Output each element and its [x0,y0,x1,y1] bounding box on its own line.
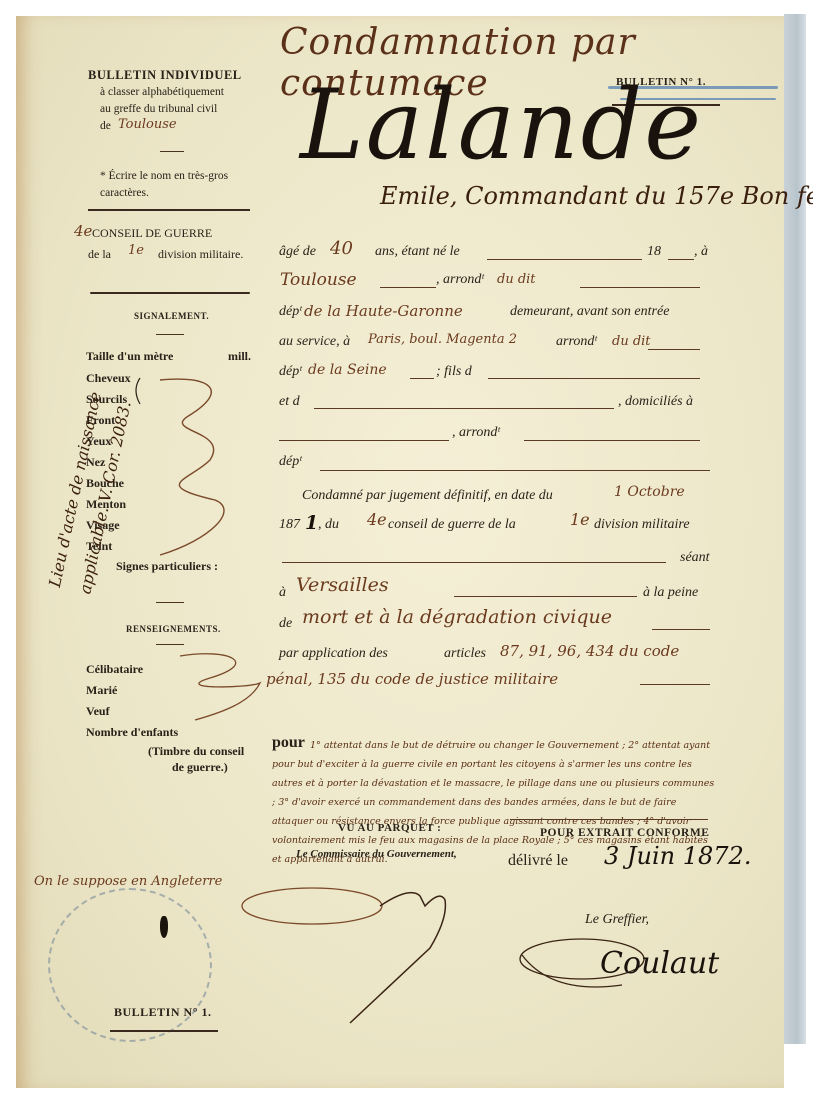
left-conseil-label: CONSEIL DE GUERRE [92,226,212,241]
ink-blot [160,916,168,938]
penalty-value: mort et à la dégradation civique [302,606,612,628]
judgment-year-prefix: 187 [279,517,300,533]
tribunal-city: Toulouse [118,117,177,132]
commissaire-signature [240,878,460,1028]
status-veuf: Veuf [86,701,178,722]
left-division-label: division militaire. [158,247,243,262]
signalement-heading: SIGNALEMENT. [134,311,209,321]
status-marie: Marié [86,680,178,701]
divider [90,292,250,294]
demeurant-label: demeurant, avant son entrée [510,304,669,320]
service-value: Paris, boul. Magenta 2 [368,332,517,347]
greffier-label: Le Greffier, [585,912,649,928]
dep2-value: de la Seine [308,362,387,378]
civil-status-list: Célibataire Marié Veuf Nombre d'enfants [86,659,178,743]
domicilies-label: , domiciliés à [618,394,693,410]
taille-unit: mill. [228,346,251,367]
birth-city: Toulouse [280,270,357,290]
divider [156,334,184,335]
status-nombre-enfants: Nombre d'enfants [86,722,178,743]
dep2-field[interactable] [410,378,434,379]
paper-mount-edge [784,14,806,1044]
age-prefix: âgé de [279,244,316,260]
dep-label: dépᵗ [279,304,302,320]
delivre-label: délivré le [508,852,568,870]
timbre-note-1: (Timbre du conseil [148,744,244,759]
renseignements-strike-squiggle [170,648,270,728]
condamne-label: Condamné par jugement définitif, en date… [302,488,553,504]
dep3-field[interactable] [320,470,710,471]
divider [160,151,184,152]
birth-date-field[interactable] [487,259,642,260]
bulletin-footer: BULLETIN N° 1. [114,1005,212,1020]
greffier-signature: Coulaut [600,946,719,981]
service-label: au service, à [279,334,350,350]
penalty-field[interactable] [652,629,710,630]
seant-label: séant [680,550,710,566]
articles-label: articles [444,646,486,662]
judgment-day: 1 Octobre [614,484,685,500]
divider [88,209,250,211]
arrond-value: du dit [497,272,536,287]
articles-value: 87, 91, 96, 434 du code [500,642,679,660]
du-label: , du [318,517,339,533]
bulletin-subtitle-1: à classer alphabétiquement [100,86,224,98]
arrond2-field[interactable] [648,349,700,350]
et-label: et d [279,394,300,410]
dep-value: de la Haute-Garonne [304,302,463,320]
court-city-field[interactable] [454,596,637,597]
status-celibataire: Célibataire [86,659,178,680]
tribunal-field[interactable] [282,562,666,563]
dep2-label: dépᵗ [279,364,302,380]
birth-city-field[interactable] [380,287,436,288]
court-prefix: à [279,585,286,601]
given-name-rank: Emile, Commandant du 157e Bon fédéré [380,182,813,210]
left-division-prefix: de la [88,247,111,262]
left-conseil-number: 4e [74,222,92,240]
court-city: Versailles [296,574,389,596]
form-conseil-number: 4e [367,510,387,529]
commissaire-label: Le Commissaire du Gouvernement, [296,848,457,860]
renseignements-heading: RENSEIGNEMENTS. [126,624,221,634]
bulletin-subtitle-2: au greffe du tribunal civil [100,103,217,115]
name-writing-note: * Écrire le nom en très-gros caractères. [100,168,250,202]
articles-field[interactable] [640,684,710,685]
left-division-number: 1e [128,243,144,258]
motive-field[interactable] [510,819,708,820]
birth-year-field[interactable] [668,259,694,260]
application-label: par application des [279,646,388,662]
pour-extrait-conforme: POUR EXTRAIT CONFORME [540,827,709,839]
judgment-year-digit: 1 [305,512,318,534]
dep3-label: dépᵗ [279,454,302,470]
bulletin-title: BULLETIN INDIVIDUEL [88,68,242,83]
form-division-number: 1e [570,510,590,529]
delivre-date: 3 Juin 1872. [604,842,751,870]
form-conseil-label: conseil de guerre de la [388,517,516,533]
age-suffix: ans, étant né le [375,244,460,260]
signes-particuliers-label: Signes particuliers : [116,556,218,577]
mother-name-field[interactable] [314,408,614,409]
birth-year-prefix: 18 [647,244,661,260]
divider [156,644,184,645]
bulletin-subtitle-3-prefix: de [100,120,111,132]
arrond3-label: , arrondᵗ [452,425,500,441]
arrond2-label: arrondᵗ [556,334,597,350]
surname: Lalande [300,70,703,180]
arrond-label: , arrondᵗ [436,272,484,288]
arrond2-value: du dit [612,334,651,349]
vu-au-parquet: VU AU PARQUET : [338,822,441,834]
articles-value-2: pénal, 135 du code de justice militaire [266,670,558,688]
signalement-strike-squiggle [130,370,250,560]
divider [110,1030,218,1032]
father-name-field[interactable] [488,378,700,379]
timbre-note-2: de guerre.) [172,760,228,775]
location-note: On le suppose en Angleterre [34,874,222,889]
parents-residence-field[interactable] [279,440,449,441]
peine-label: à la peine [643,585,698,601]
birth-place-suffix: , à [694,244,708,260]
age-value: 40 [330,238,353,259]
fils-label: ; fils d [436,364,472,380]
arrond3-field[interactable] [524,440,700,441]
penalty-prefix: de [279,616,292,632]
divider [156,602,184,603]
form-division-label: division militaire [594,517,690,533]
arrond-field[interactable] [580,287,700,288]
